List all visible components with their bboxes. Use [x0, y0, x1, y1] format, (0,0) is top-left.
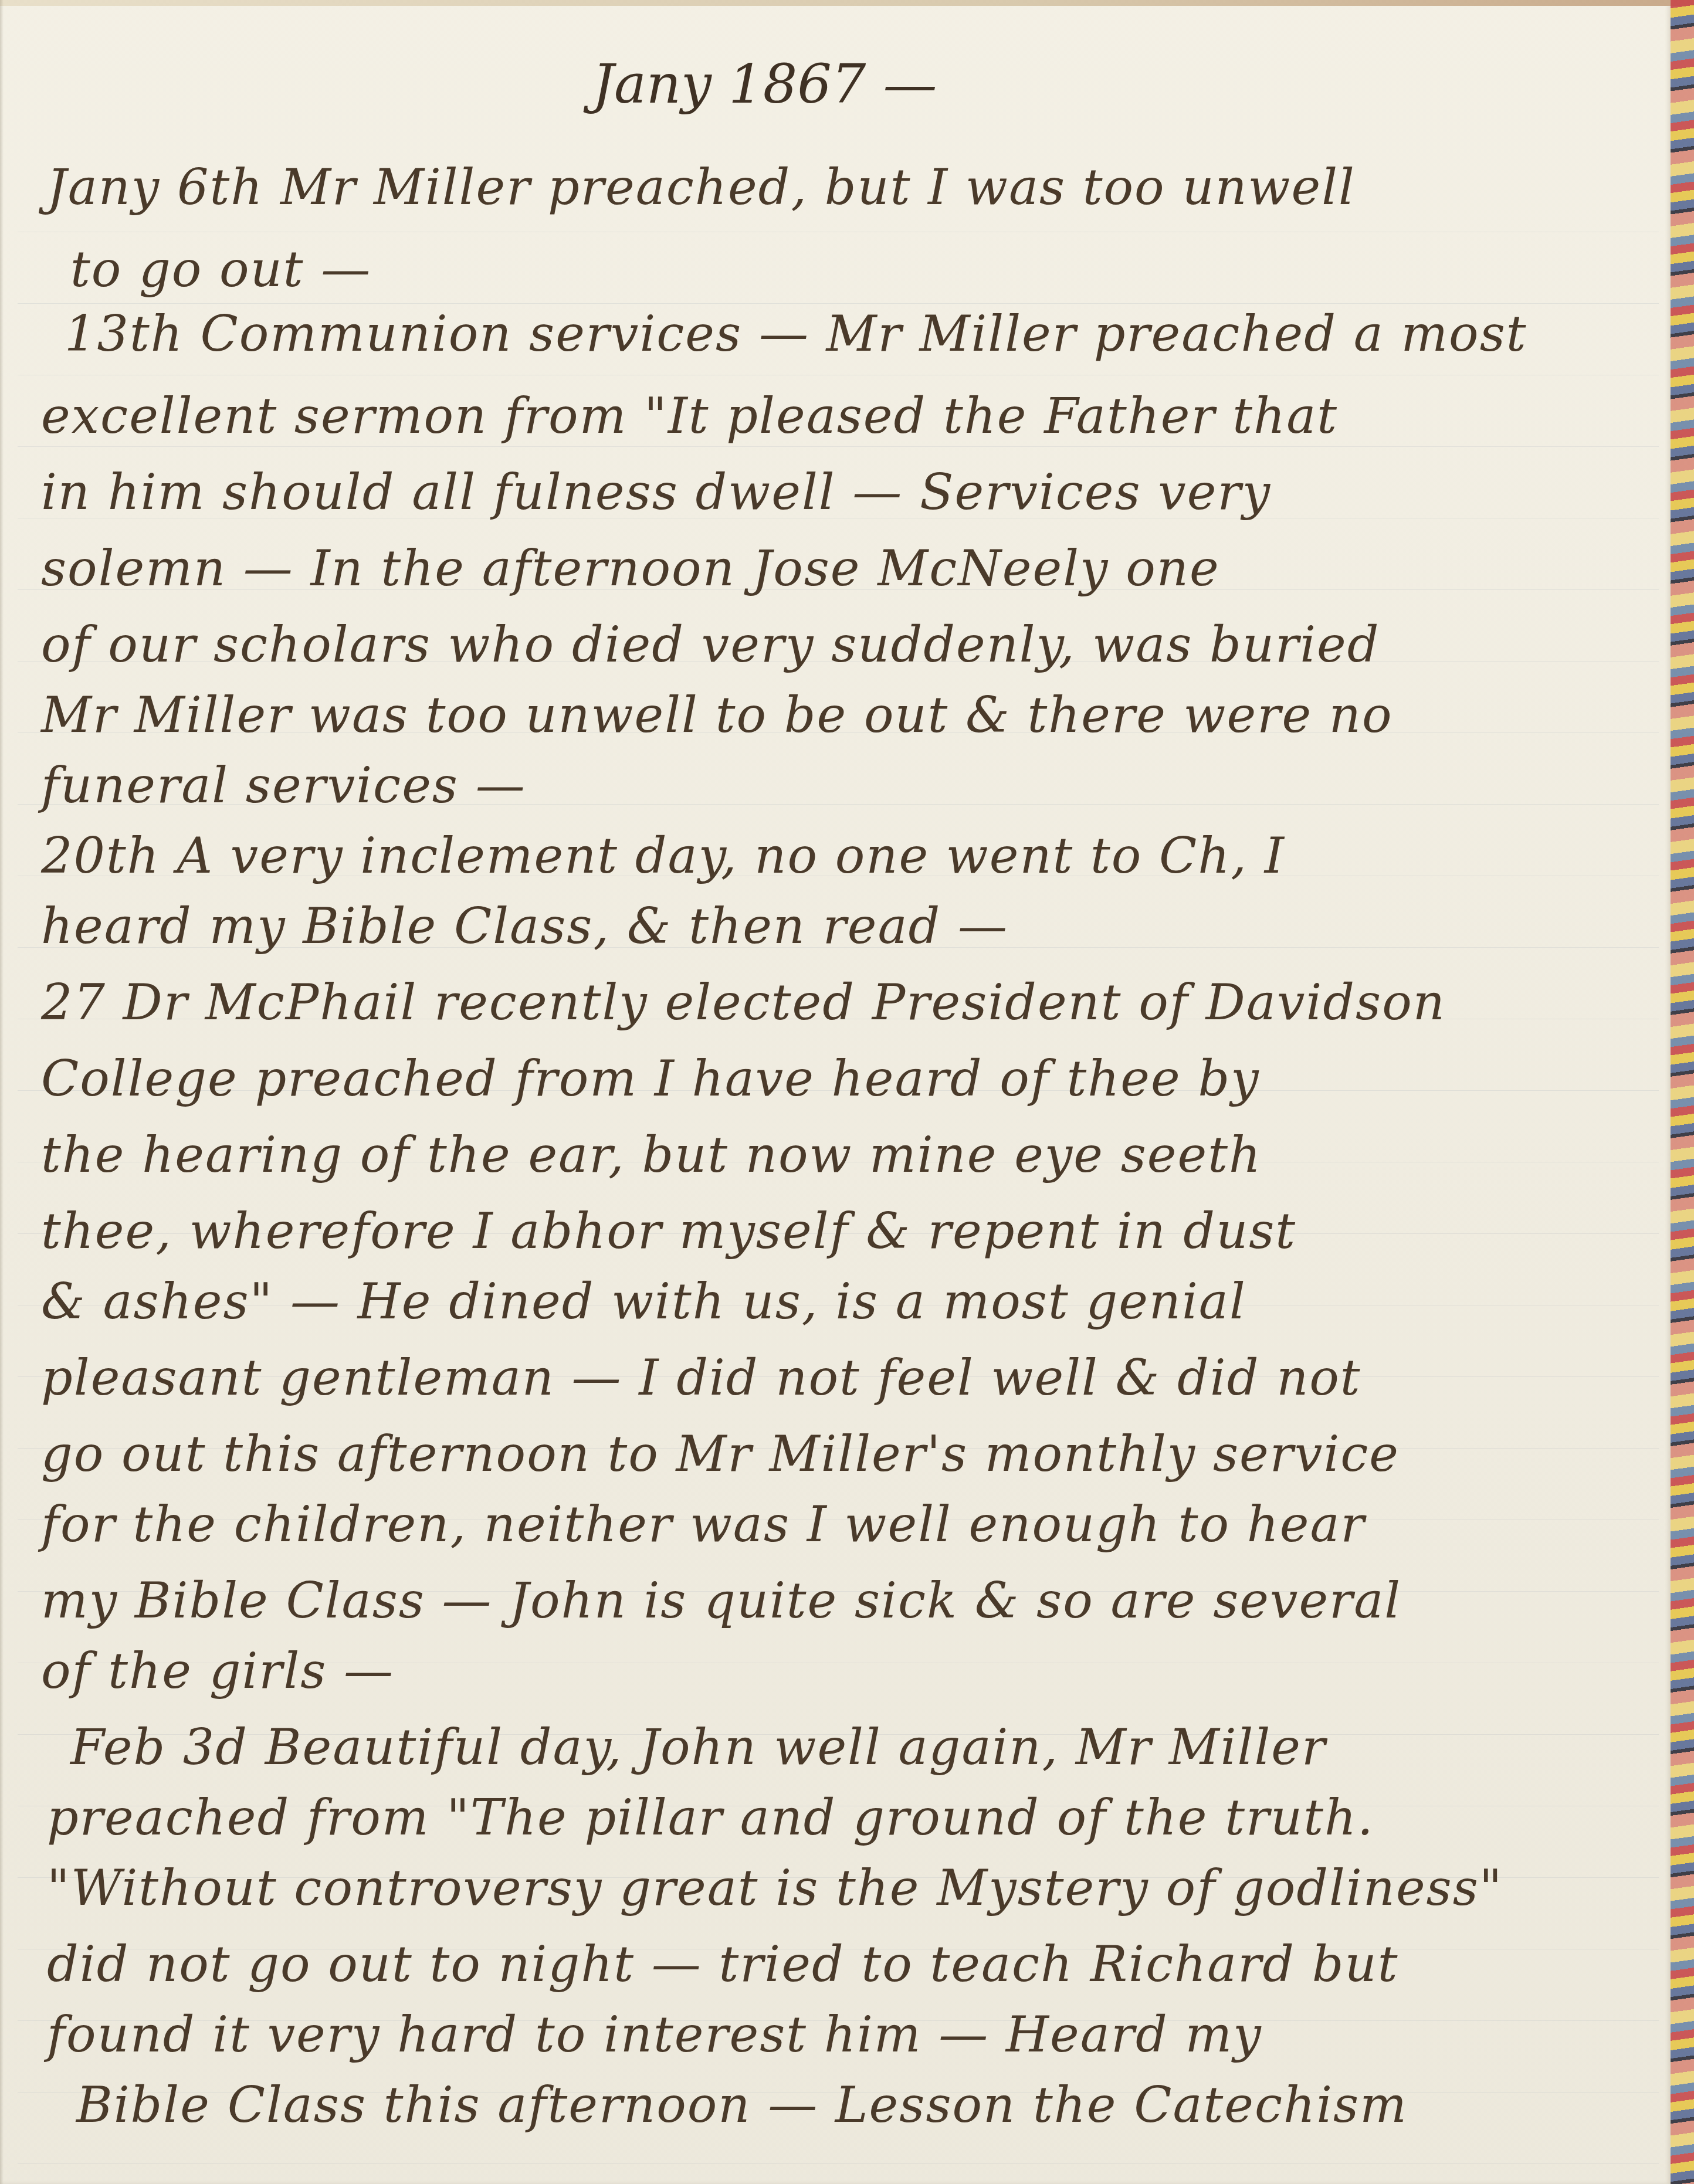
text-line: 20th A very inclement day, no one went t…: [41, 827, 1285, 884]
text-line: my Bible Class — John is quite sick & so…: [41, 1572, 1401, 1629]
text-line: & ashes" — He dined with us, is a most g…: [41, 1273, 1246, 1330]
text-line: funeral services —: [41, 757, 526, 814]
ruled-line: [18, 303, 1659, 304]
text-line: pleasant gentleman — I did not feel well…: [41, 1349, 1361, 1406]
text-line: did not go out to night — tried to teach…: [47, 1935, 1398, 1993]
ruled-line: [18, 446, 1659, 447]
ruled-line: [18, 2163, 1659, 2164]
text-line: thee, wherefore I abhor myself & repent …: [41, 1202, 1296, 1260]
text-line: Bible Class this afternoon — Lesson the …: [76, 2076, 1408, 2134]
page-top-edge: [0, 0, 1694, 6]
text-line: for the children, neither was I well eno…: [41, 1495, 1366, 1553]
text-line: the hearing of the ear, but now mine eye…: [41, 1126, 1262, 1183]
marbled-edge: [1671, 0, 1694, 2184]
text-line: of our scholars who died very suddenly, …: [41, 616, 1380, 673]
text-line: Jany 6th Mr Miller preached, but I was t…: [47, 158, 1356, 216]
page-heading: Jany 1867 —: [592, 53, 937, 116]
ruled-line: [18, 232, 1659, 232]
text-line: of the girls —: [41, 1642, 394, 1700]
text-line: in him should all fulness dwell — Servic…: [41, 463, 1271, 521]
text-line: College preached from I have heard of th…: [41, 1050, 1260, 1107]
text-line: found it very hard to interest him — Hea…: [47, 2006, 1262, 2063]
text-line: Mr Miller was too unwell to be out & the…: [41, 686, 1393, 744]
text-line: Feb 3d Beautiful day, John well again, M…: [70, 1718, 1326, 1776]
text-line: go out this afternoon to Mr Miller's mon…: [41, 1425, 1400, 1483]
text-line: 27 Dr McPhail recently elected President…: [41, 974, 1446, 1031]
text-line: excellent sermon from "It pleased the Fa…: [41, 387, 1338, 445]
text-line: "Without controversy great is the Myster…: [47, 1859, 1503, 1917]
text-line: preached from "The pillar and ground of …: [47, 1789, 1374, 1846]
text-line: solemn — In the afternoon Jose McNeely o…: [41, 540, 1220, 597]
ruled-line: [18, 375, 1659, 375]
text-line: 13th Communion services — Mr Miller prea…: [65, 305, 1527, 362]
page-gutter: [0, 0, 4, 2184]
text-line: heard my Bible Class, & then read —: [41, 897, 1008, 955]
text-line: to go out —: [70, 240, 371, 298]
